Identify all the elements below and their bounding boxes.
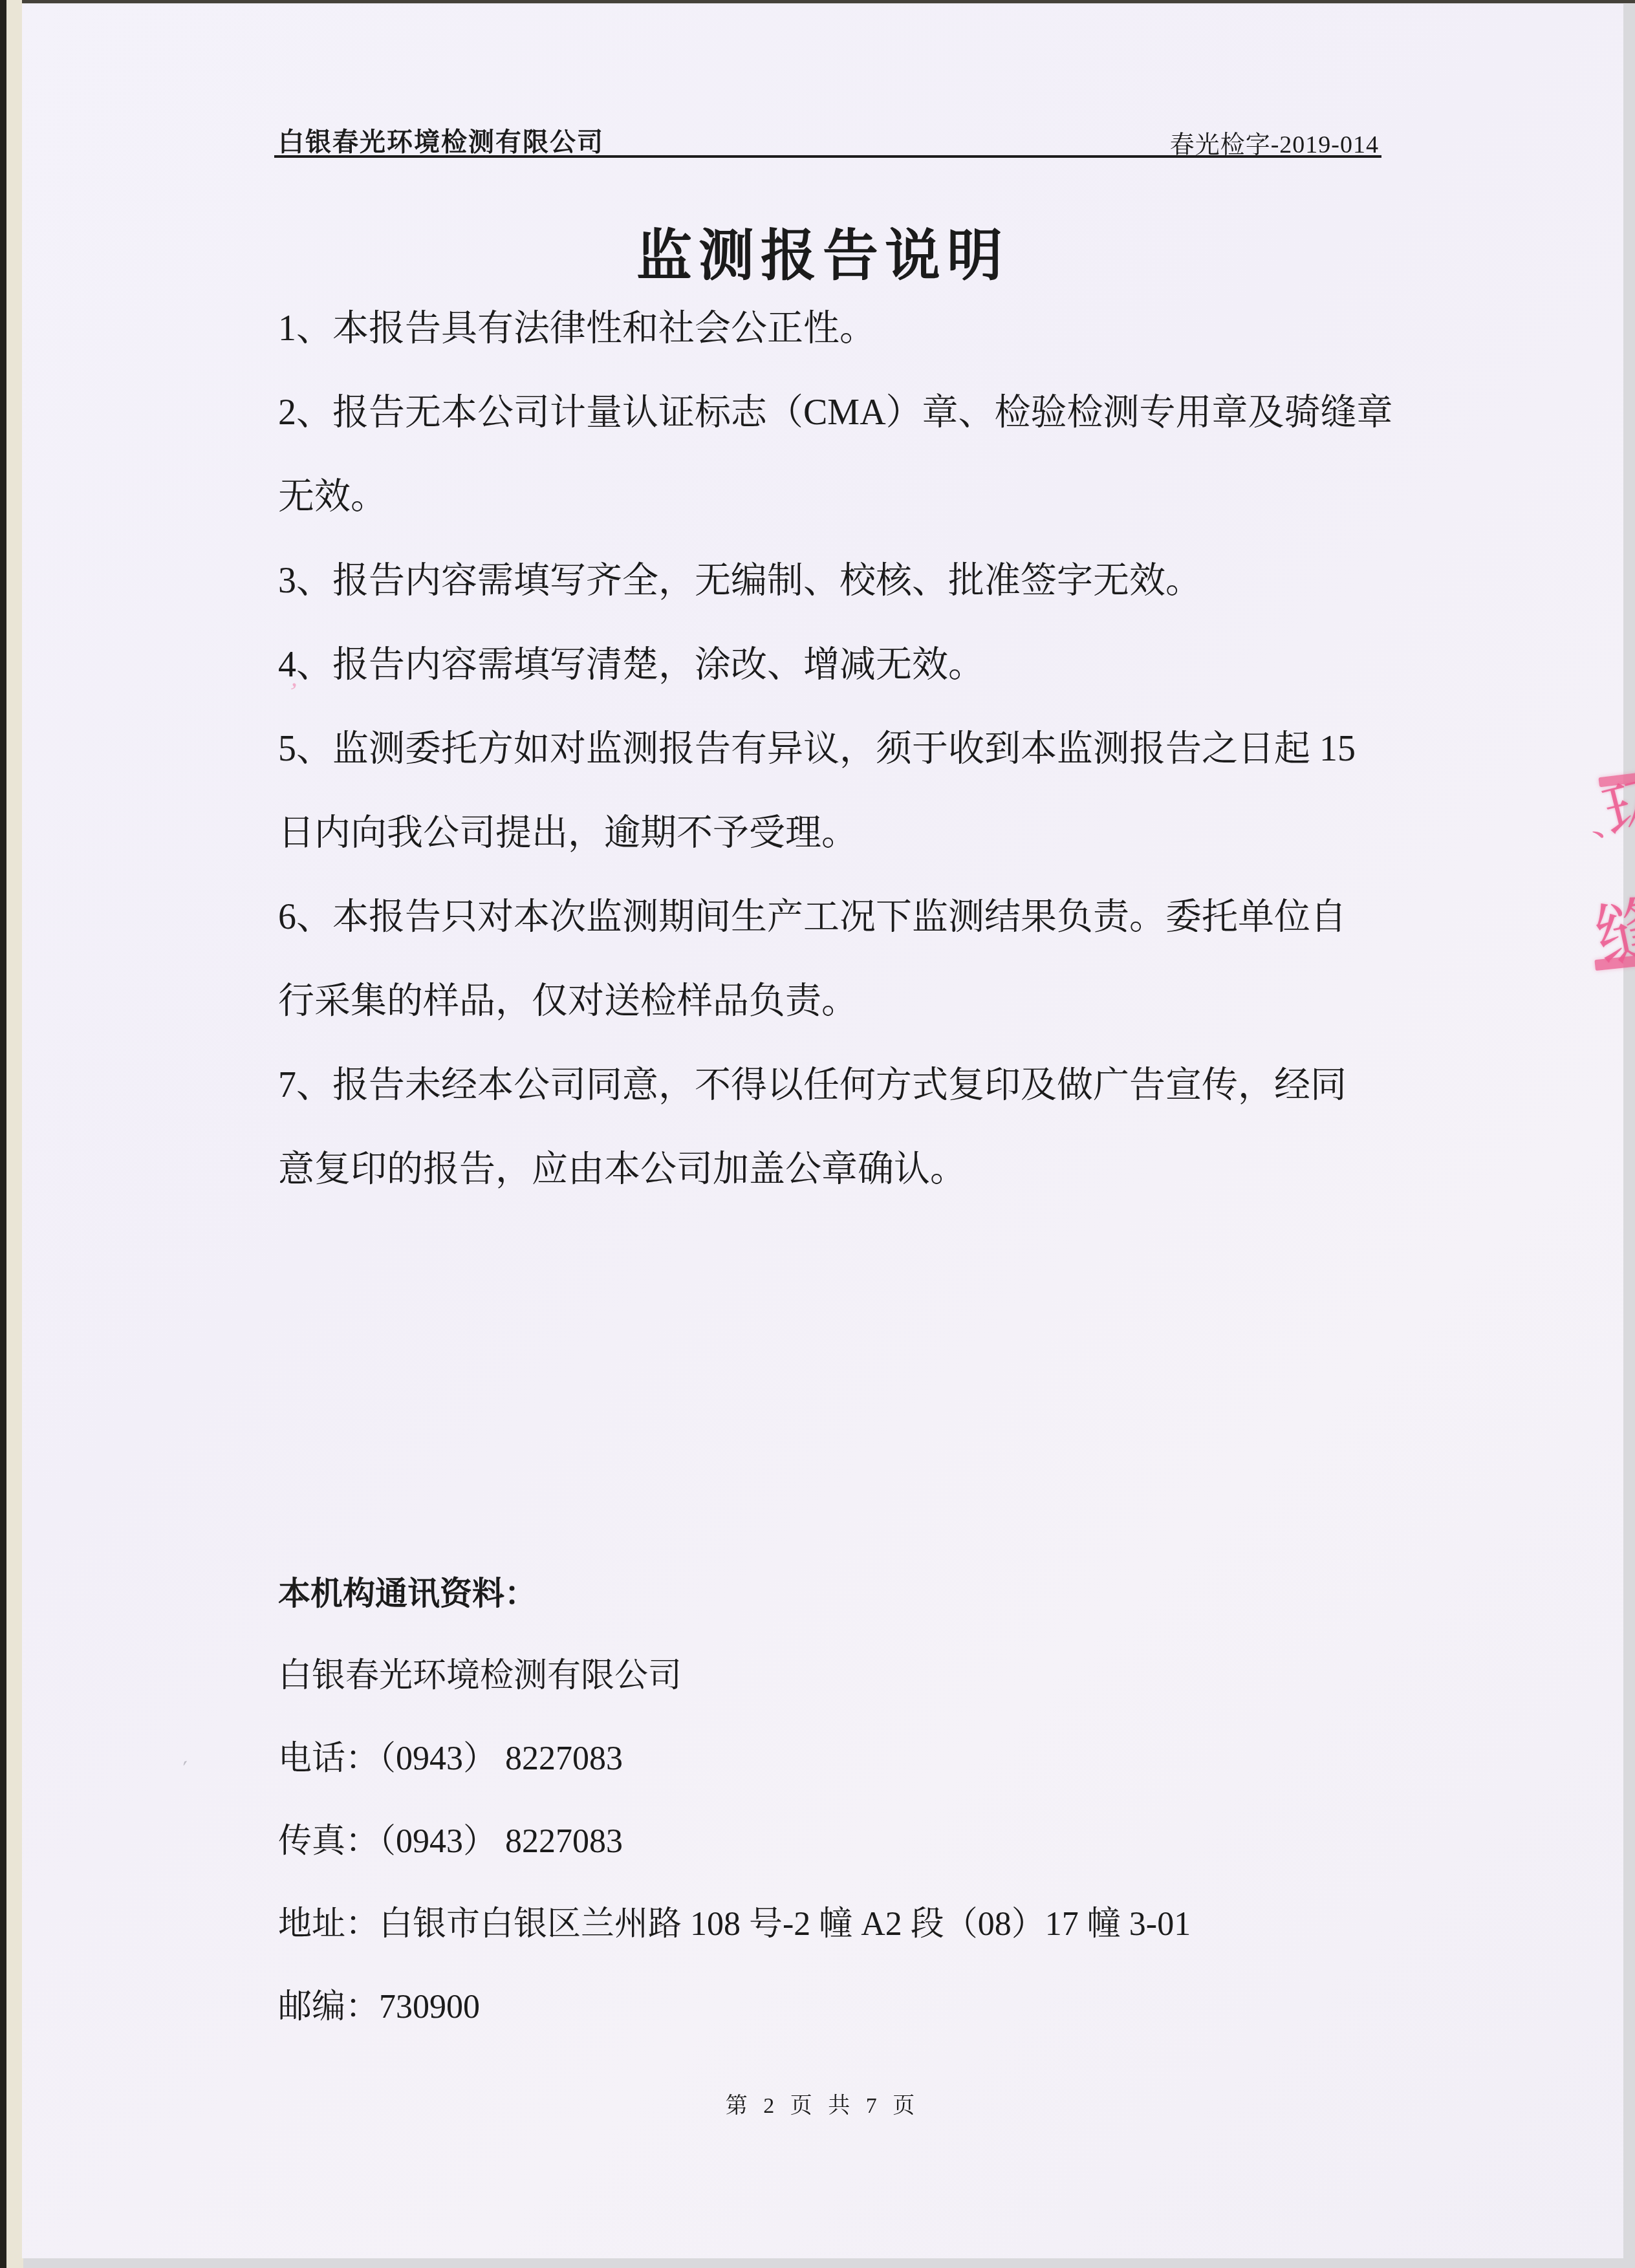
- contact-address: 地址：白银市白银区兰州路 108 号-2 幢 A2 段（08）17 幢 3-01: [278, 1883, 1507, 1966]
- page-number-footer: 第 2 页 共 7 页: [22, 2088, 1623, 2119]
- note-7-line-2: 意复印的报告，应由本公司加盖公章确认。: [278, 1127, 1391, 1211]
- scanned-report-page: 白银春光环境检测有限公司 春光检字-2019-014 监测报告说明 1、本报告具…: [22, 4, 1623, 2258]
- contact-heading: 本机构通讯资料：: [278, 1552, 1507, 1635]
- contact-fax: 传真：（0943） 8227083: [278, 1800, 1507, 1883]
- note-2-line-1: 2、报告无本公司计量认证标志（CMA）章、检验检测专用章及骑缝章: [278, 371, 1391, 455]
- note-6-line-2: 行采集的样品，仅对送检样品负责。: [278, 959, 1391, 1043]
- gray-ink-artifact: ˊ: [180, 1757, 195, 1783]
- note-6-line-1: 6、本报告只对本次监测期间生产工况下监测结果负责。委托单位自: [278, 875, 1391, 959]
- header-doc-number: 春光检字-2019-014: [1170, 124, 1379, 160]
- report-notes-list: 1、本报告具有法律性和社会公正性。 2、报告无本公司计量认证标志（CMA）章、检…: [278, 286, 1391, 1211]
- note-5-line-1: 5、监测委托方如对监测报告有异议，须于收到本监测报告之日起 15: [278, 707, 1391, 791]
- contact-phone: 电话：（0943） 8227083: [278, 1718, 1507, 1800]
- note-4-line-1: 4、报告内容需填写清楚，涂改、增减无效。: [278, 623, 1391, 707]
- note-1-line-1: 1、本报告具有法律性和社会公正性。: [278, 286, 1391, 371]
- scan-border-top: [22, 0, 1635, 3]
- page-title: 监测报告说明: [22, 211, 1623, 291]
- scan-border-left-dark: [0, 0, 6, 2268]
- scan-border-left-cream: [6, 0, 23, 2268]
- header-company-name: 白银春光环境检测有限公司: [278, 122, 604, 158]
- note-2-line-2: 无效。: [278, 455, 1391, 539]
- header-divider: [274, 155, 1381, 158]
- contact-postcode: 邮编：730900: [278, 1966, 1507, 2049]
- contact-company: 白银春光环境检测有限公司: [278, 1635, 1507, 1718]
- note-3-line-1: 3、报告内容需填写齐全，无编制、校核、批准签字无效。: [278, 539, 1391, 623]
- note-7-line-1: 7、报告未经本公司同意，不得以任何方式复印及做广告宣传，经同: [278, 1043, 1391, 1127]
- contact-info-block: 本机构通讯资料： 白银春光环境检测有限公司 电话：（0943） 8227083 …: [278, 1552, 1507, 2049]
- note-5-line-2: 日内向我公司提出，逾期不予受理。: [278, 791, 1391, 875]
